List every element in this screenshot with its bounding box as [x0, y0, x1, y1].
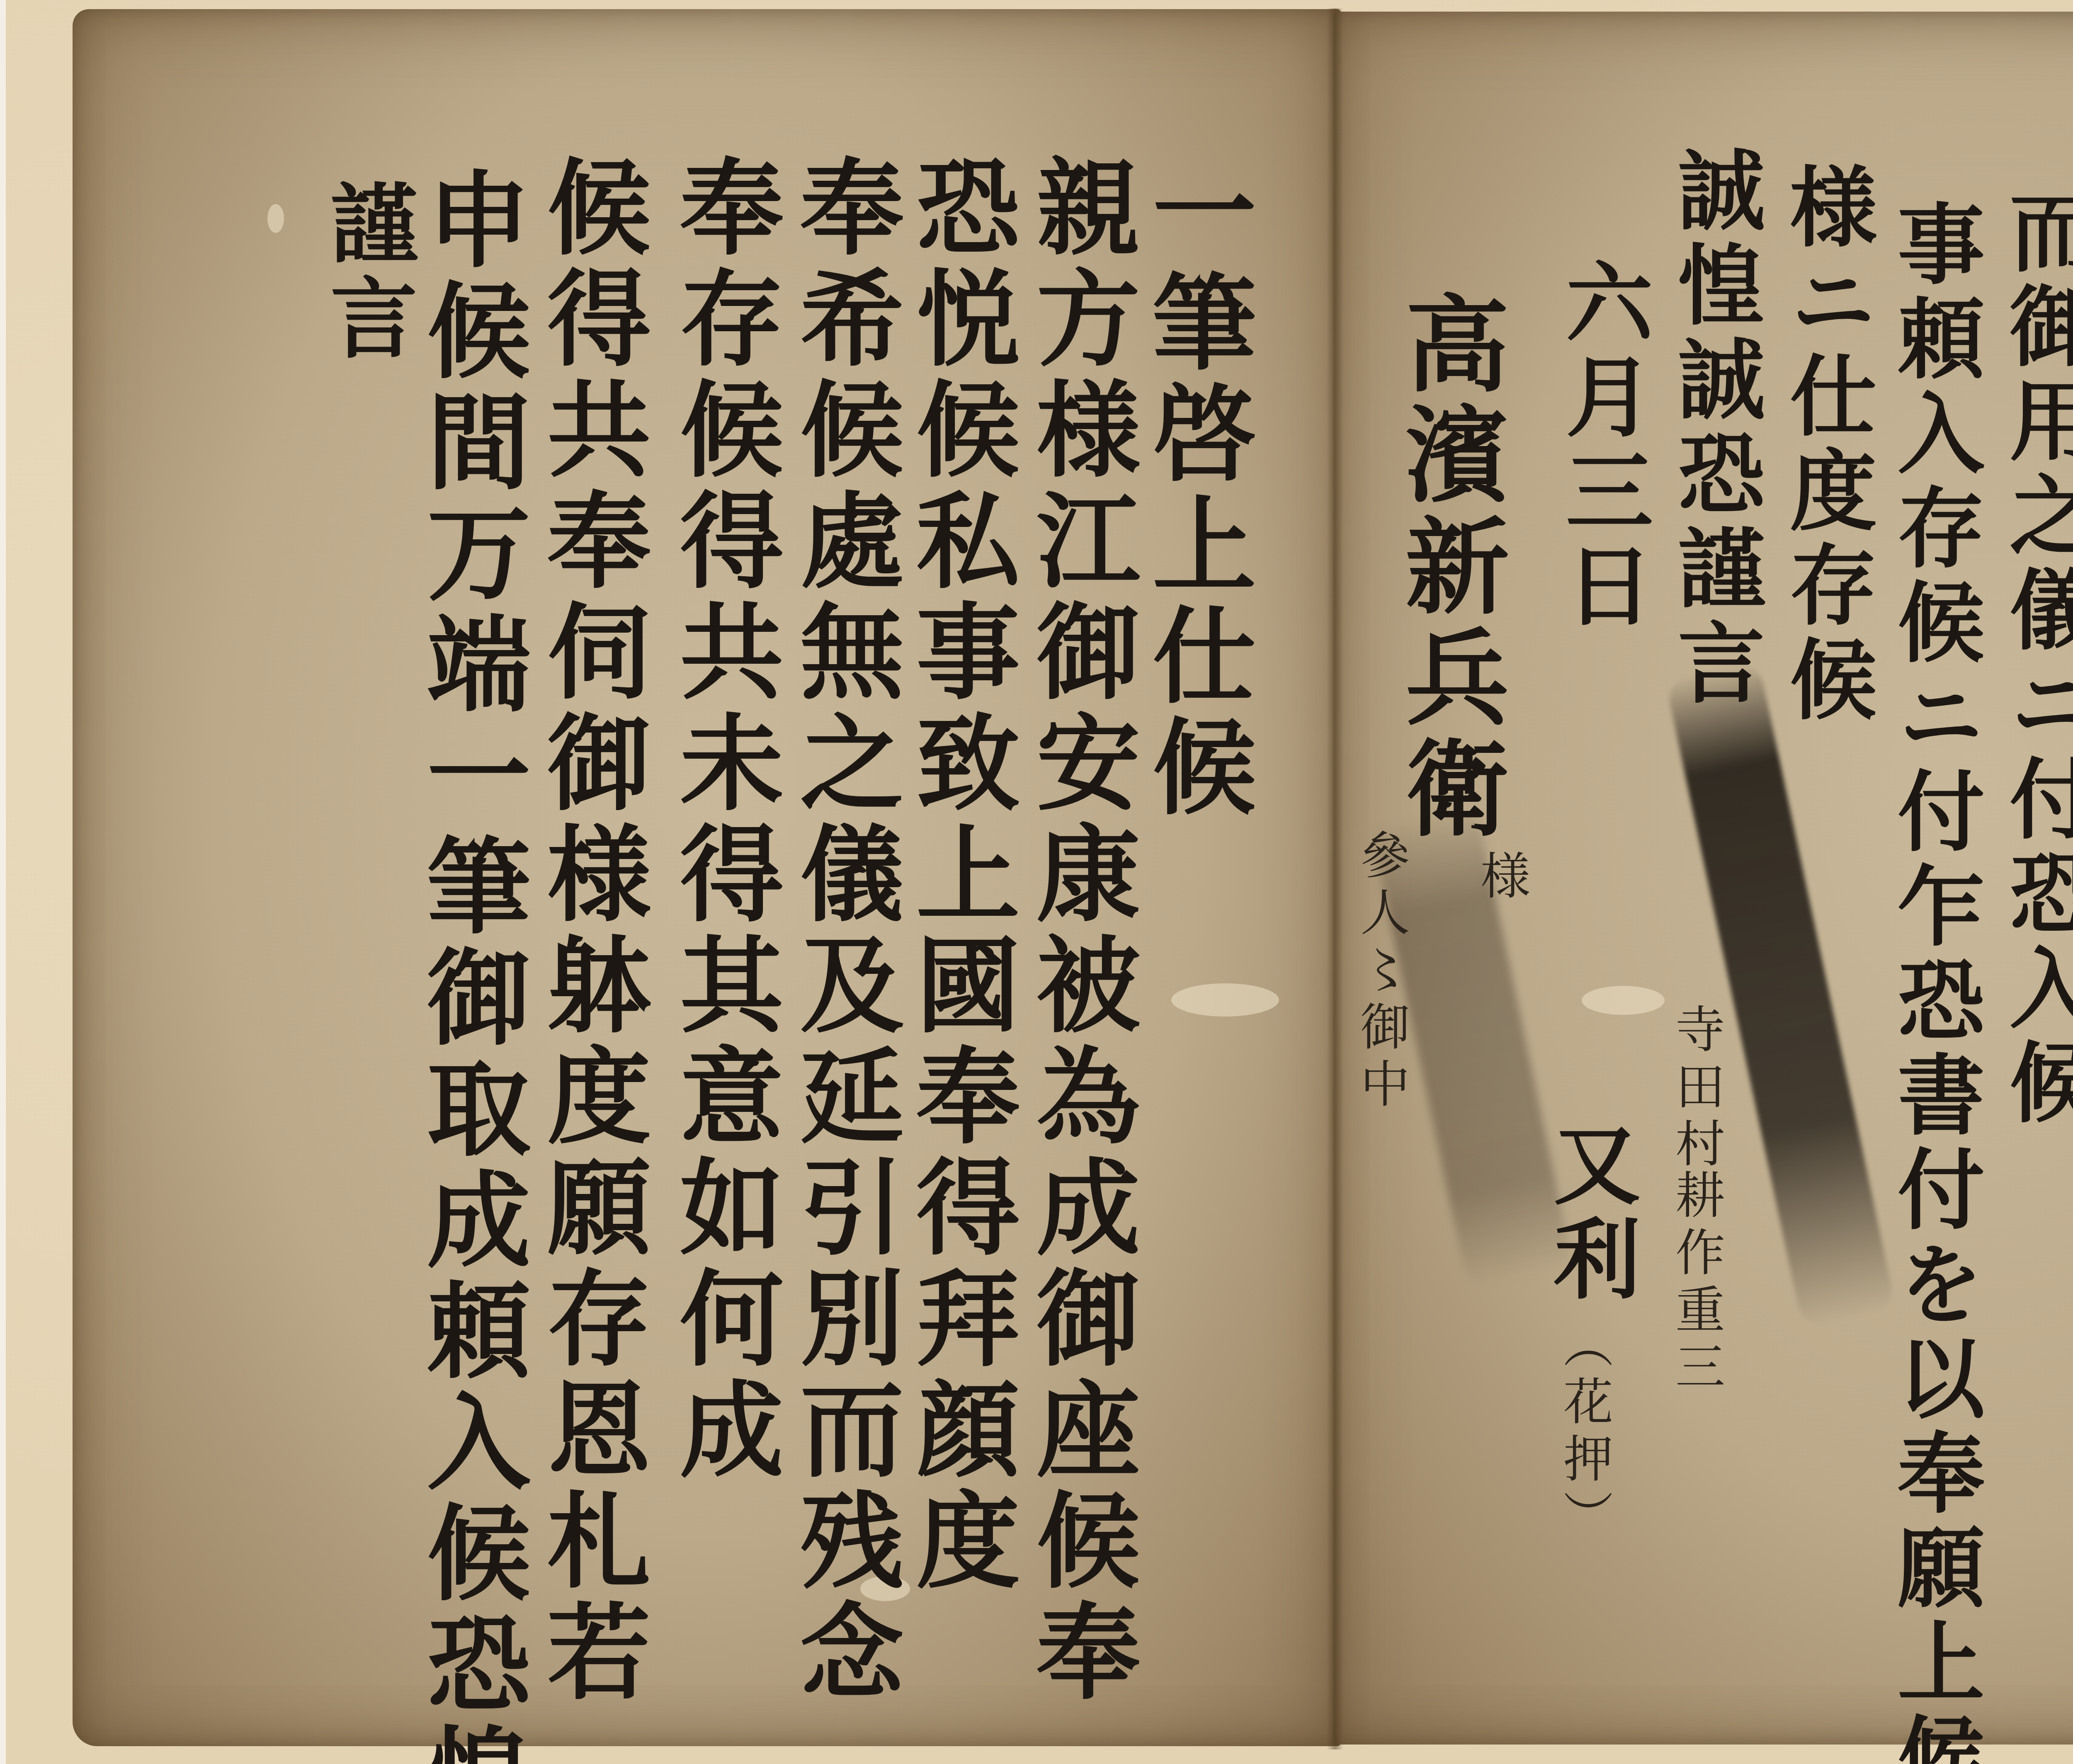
center-fold: [1327, 8, 1343, 1749]
right-col-3: 而御用之儀ニ付恐入候: [2003, 187, 2073, 1679]
scan-edge: [0, 0, 6, 1764]
addressee-name: 高濱新兵衛: [1397, 290, 1501, 846]
signer-small-name: 耕作重三: [1671, 1169, 1721, 1398]
left-col-6: 候得共奉伺御様躰度願存恩札若: [539, 153, 643, 1729]
paper-stain: [1582, 986, 1665, 1015]
left-col-1-opening: 一筆啓上仕候: [1144, 158, 1248, 824]
right-col-4: 事頼入存候ニ付乍恐書付を以奉願上候: [1891, 199, 1978, 1650]
signer-name: 又利: [1546, 1119, 1634, 1308]
date: 六月三日: [1559, 257, 1646, 635]
left-col-2: 親方様江御安康被為成御座候奉: [1028, 153, 1132, 1729]
addressee-honorific: 様: [1476, 850, 1526, 907]
paper-stain: [267, 204, 284, 233]
kao-seal: （花押）: [1559, 1318, 1609, 1547]
paper-stain: [1171, 983, 1279, 1017]
left-col-4: 奉希候處無之儀及延引別而残念: [792, 153, 896, 1729]
right-col-6-closing: 誠惶誠恐謹言: [1671, 145, 1758, 808]
left-col-3: 恐悦候私事致上國奉得拜顔度: [908, 153, 1012, 1729]
left-col-8-closing: 謹言: [323, 178, 410, 367]
left-col-5: 奉存候得共未得其意如何成: [672, 153, 775, 1729]
addressee-sidenote: 參人〻御中: [1356, 829, 1405, 1115]
left-col-7: 申候間万端一筆御取成頼入候恐惶: [419, 166, 522, 1741]
right-col-5: 様ニ仕度存候: [1783, 162, 1870, 1488]
signer-place: 寺田村: [1671, 1003, 1721, 1175]
